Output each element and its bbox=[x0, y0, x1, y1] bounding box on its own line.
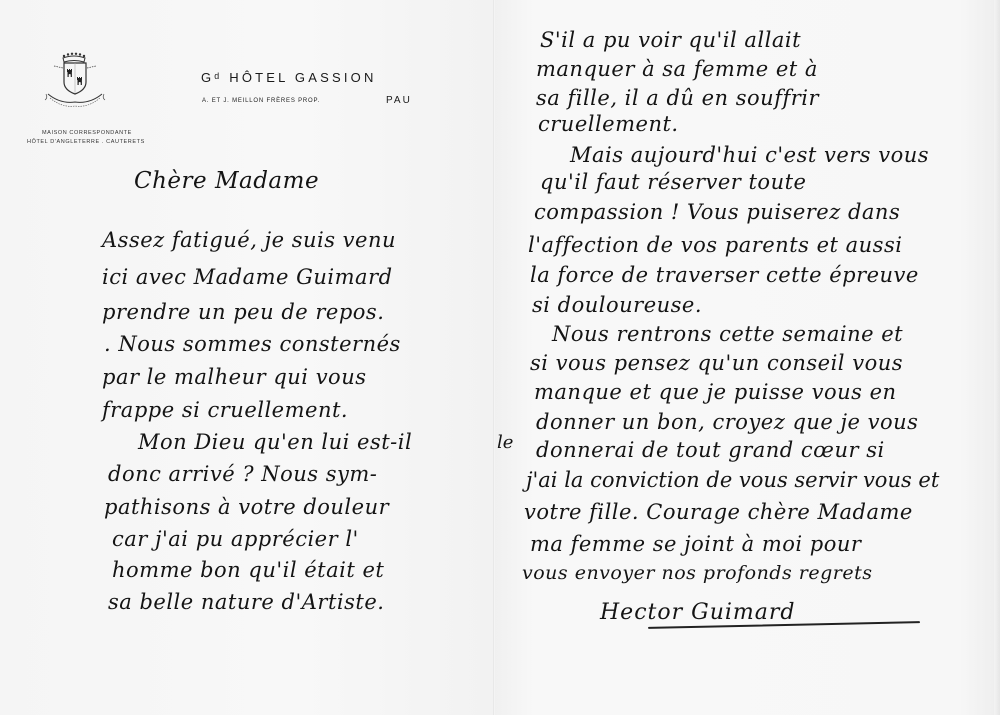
letter-line: vous envoyer nos profonds regrets bbox=[522, 562, 872, 584]
letter-line: compassion ! Vous puiserez dans bbox=[534, 200, 900, 224]
letter-line: ma femme se joint à moi pour bbox=[530, 532, 861, 556]
letter-line: Assez fatigué, je suis venu bbox=[102, 228, 396, 252]
letter-line: manquer à sa femme et à bbox=[536, 57, 818, 81]
letter-line: la force de traverser cette épreuve bbox=[530, 263, 919, 287]
letter-line: donc arrivé ? Nous sym- bbox=[108, 462, 377, 486]
hotel-crest-icon bbox=[40, 50, 120, 114]
letter-line: sa belle nature d'Artiste. bbox=[108, 590, 384, 614]
hotel-name: Gᵈ HÔTEL GASSION bbox=[201, 70, 377, 85]
letter-line: car j'ai pu apprécier l' bbox=[112, 527, 359, 551]
letter-line: ici avec Madame Guimard bbox=[102, 265, 393, 289]
letter-line: par le malheur qui vous bbox=[102, 365, 367, 389]
letter-line: votre fille. Courage chère Madame bbox=[524, 500, 913, 524]
letter-line: si vous pensez qu'un conseil vous bbox=[530, 351, 903, 375]
letter-line: Mon Dieu qu'en lui est-il bbox=[138, 430, 412, 454]
hotel-proprietors: A. et J. MEILLON Frères Prop. bbox=[202, 98, 320, 104]
letter-line: l'affection de vos parents et aussi bbox=[528, 233, 902, 257]
letter-line: j'ai la conviction de vous servir vous e… bbox=[526, 468, 939, 492]
letter-line: sa fille, il a dû en souffrir bbox=[536, 86, 819, 110]
letter-line: cruellement. bbox=[538, 112, 679, 136]
letter-line: manque et que je puisse vous en bbox=[534, 380, 897, 404]
hotel-city: PAU bbox=[386, 95, 412, 106]
letter-line: prendre un peu de repos. bbox=[102, 300, 384, 324]
letter-line: . Nous sommes consternés bbox=[104, 332, 401, 356]
letter-line: pathisons à votre douleur bbox=[104, 495, 389, 519]
letter-line: si douloureuse. bbox=[532, 293, 702, 317]
letter-line: homme bon qu'il était et bbox=[112, 558, 384, 582]
page-edge bbox=[994, 0, 1000, 715]
margin-note: le bbox=[497, 432, 513, 453]
letter-line: frappe si cruellement. bbox=[102, 398, 348, 422]
letter-line: Nous rentrons cette semaine et bbox=[552, 322, 903, 346]
letter-line: Mais aujourd'hui c'est vers vous bbox=[570, 143, 929, 167]
page-fold bbox=[493, 0, 495, 715]
letter-line: qu'il faut réserver toute bbox=[540, 170, 806, 194]
correspondent-house-label: MAISON CORRESPONDANTE bbox=[42, 130, 132, 136]
letter-line: donnerai de tout grand cœur si bbox=[536, 438, 885, 462]
signature: Hector Guimard bbox=[600, 600, 795, 625]
letter-line: S'il a pu voir qu'il allait bbox=[540, 28, 801, 52]
correspondent-house-name: HÔTEL D'ANGLETERRE . CAUTERETS bbox=[27, 139, 145, 145]
salutation: Chère Madame bbox=[134, 168, 319, 194]
letter-line: donner un bon, croyez que je vous bbox=[536, 410, 918, 434]
